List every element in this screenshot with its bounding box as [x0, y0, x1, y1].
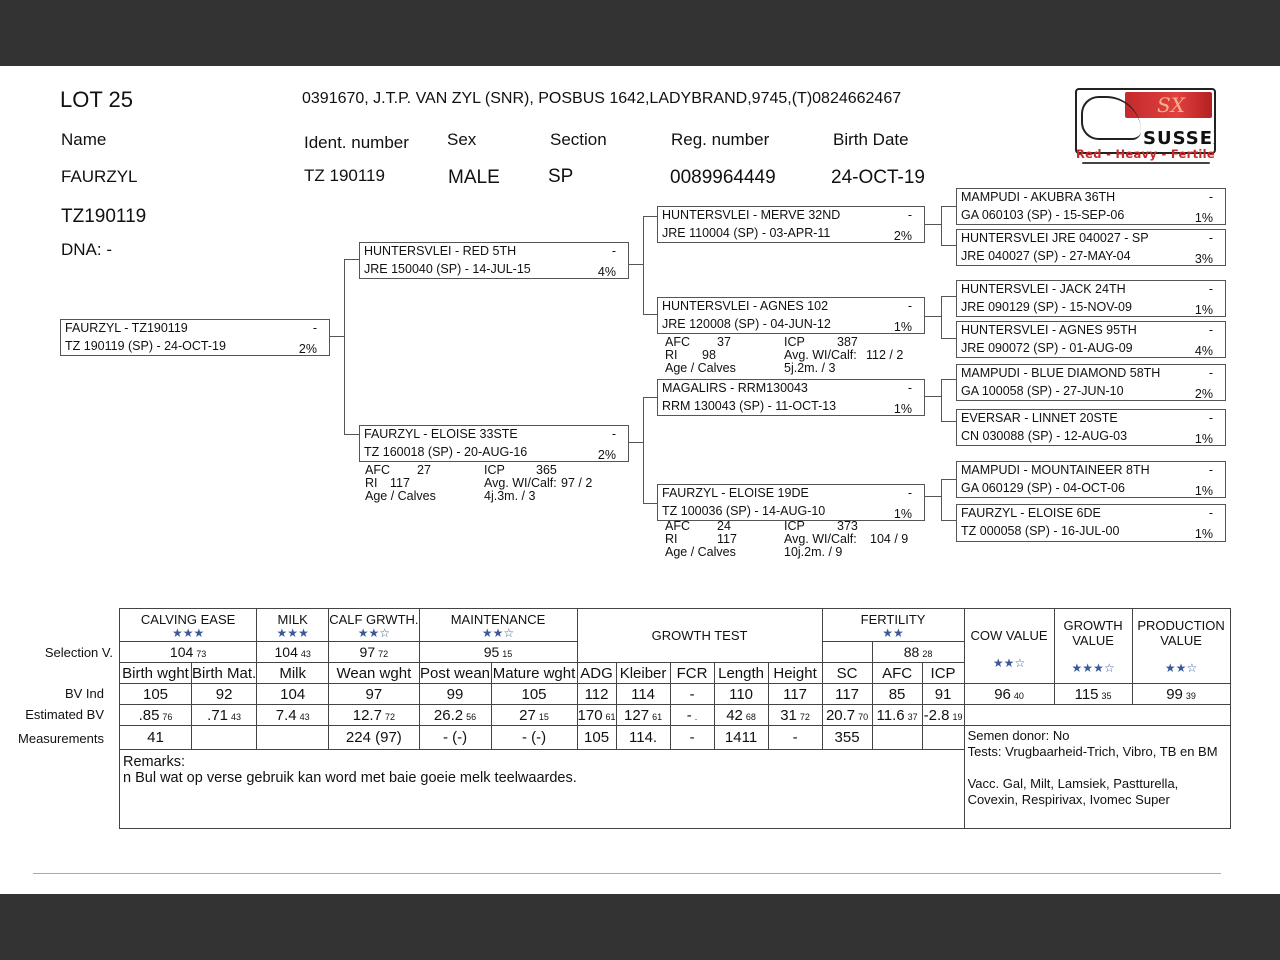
- measurement-cell: 105: [577, 726, 616, 750]
- dsd-pct: 1%: [1195, 432, 1213, 446]
- ebv-cell: 12.772: [329, 705, 419, 726]
- ebv-cell: 3172: [768, 705, 822, 726]
- row-label-bv-ind: BV Ind: [4, 686, 104, 701]
- row-label-measurements: Measurements: [4, 731, 104, 746]
- growth-value: GROWTHVALUE★★★☆: [1054, 609, 1132, 684]
- semen-donor: Semen donor: No: [968, 728, 1227, 744]
- connector: [941, 520, 956, 521]
- connector: [941, 379, 956, 380]
- col-header: Birth Mat.: [192, 663, 257, 684]
- animal-name: FAURZYL - TZ190119: [65, 321, 188, 335]
- label-section: Section: [550, 130, 607, 150]
- bv-ind-cell: 110: [714, 684, 768, 705]
- value-section: SP: [548, 166, 573, 188]
- breeding-values-table: CALVING EASE★★★ MILK★★★ CALF GRWTH.★★☆ M…: [119, 608, 1231, 829]
- col-header: Wean wght: [329, 663, 419, 684]
- ss-pct: 2%: [894, 229, 912, 243]
- group-calf-growth: CALF GRWTH.★★☆: [329, 609, 419, 642]
- measurement-cell: 1411: [714, 726, 768, 750]
- measurement-cell: [922, 726, 964, 750]
- pedigree-dam: FAURZYL - ELOISE 33STE- TZ 160018 (SP) -…: [359, 425, 629, 462]
- connector: [941, 379, 942, 421]
- measurement-cell: 224 (97): [329, 726, 419, 750]
- animal-flag: -: [313, 321, 317, 335]
- label-reg: Reg. number: [671, 130, 769, 150]
- measurement-cell: [192, 726, 257, 750]
- measurement-cell: -: [670, 726, 714, 750]
- col-header: Height: [768, 663, 822, 684]
- rating-stars-icon: ★★★: [120, 627, 256, 639]
- production-value-bv: 9939: [1132, 684, 1230, 705]
- stat-value: 97 / 2: [561, 477, 592, 490]
- logo-tagline: Red - Heavy - Fertile: [1076, 147, 1215, 161]
- connector: [941, 479, 956, 480]
- rating-stars-icon: ★★★☆: [1055, 662, 1132, 674]
- ebv-cell: .8576: [120, 705, 192, 726]
- pedigree-animal: FAURZYL - TZ190119- TZ 190119 (SP) - 24-…: [60, 319, 330, 356]
- sd-pct: 1%: [894, 320, 912, 334]
- dds-reg: GA 060129 (SP) - 04-OCT-06: [961, 481, 1125, 495]
- pedigree-sire: HUNTERSVLEI - RED 5TH- JRE 150040 (SP) -…: [359, 242, 629, 279]
- measurement-cell: [257, 726, 329, 750]
- bv-ind-cell: 112: [577, 684, 616, 705]
- col-header: ADG: [577, 663, 616, 684]
- ssd-flag: -: [1209, 231, 1213, 245]
- pedigree-dam-dam: FAURZYL - ELOISE 19DE- TZ 100036 (SP) - …: [657, 484, 925, 521]
- connector: [941, 245, 956, 246]
- sv-calving: 10473: [120, 642, 257, 663]
- bv-ind-cell: 104: [257, 684, 329, 705]
- bv-ind-cell: 105: [491, 684, 577, 705]
- measurement-cell: 114.: [616, 726, 670, 750]
- connector: [941, 479, 942, 520]
- ddd-reg: TZ 000058 (SP) - 16-JUL-00: [961, 524, 1119, 538]
- logo-brand: SUSSEX: [1143, 128, 1216, 149]
- connector: [925, 396, 942, 397]
- ebv-cell: 11.637: [872, 705, 922, 726]
- ssd-name: HUNTERSVLEI JRE 040027 - SP: [961, 231, 1149, 245]
- sss-reg: GA 060103 (SP) - 15-SEP-06: [961, 208, 1124, 222]
- sdd-flag: -: [1209, 323, 1213, 337]
- connector: [941, 296, 942, 338]
- pedigree-sdd: HUNTERSVLEI - AGNES 95TH- JRE 090072 (SP…: [956, 321, 1226, 358]
- ddd-name: FAURZYL - ELOISE 6DE: [961, 506, 1101, 520]
- group-maintenance: MAINTENANCE★★☆: [419, 609, 577, 642]
- col-header: AFC: [872, 663, 922, 684]
- dds-name: MAMPUDI - MOUNTAINEER 8TH: [961, 463, 1150, 477]
- sds-reg: JRE 090129 (SP) - 15-NOV-09: [961, 300, 1132, 314]
- bv-ind-cell: 99: [419, 684, 491, 705]
- col-header: Kleiber: [616, 663, 670, 684]
- stat-value: 27: [417, 464, 431, 477]
- ebv-blank: [964, 705, 1230, 726]
- connector: [941, 421, 956, 422]
- connector: [329, 336, 345, 337]
- ddd-pct: 1%: [1195, 527, 1213, 541]
- animal-notes: Semen donor: No Tests: Vrugbaarheid-Tric…: [964, 726, 1230, 829]
- rating-stars-icon: ★★☆: [329, 627, 418, 639]
- bv-ind-cell: -: [670, 684, 714, 705]
- sds-pct: 1%: [1195, 303, 1213, 317]
- group-growth-test: GROWTH TEST: [577, 609, 822, 663]
- sire-flag: -: [612, 244, 616, 258]
- pedigree-sire-dam: HUNTERSVLEI - AGNES 102- JRE 120008 (SP)…: [657, 297, 925, 334]
- catalog-page: LOT 25 0391670, J.T.P. VAN ZYL (SNR), PO…: [0, 66, 1280, 894]
- pedigree-sss: MAMPUDI - AKUBRA 36TH- GA 060103 (SP) - …: [956, 188, 1226, 225]
- tag-number: TZ190119: [61, 206, 146, 228]
- col-header: Milk: [257, 663, 329, 684]
- dss-flag: -: [1209, 366, 1213, 380]
- col-header: ICP: [922, 663, 964, 684]
- ebv-cell: 2715: [491, 705, 577, 726]
- dsd-name: EVERSAR - LINNET 20STE: [961, 411, 1118, 425]
- col-header: SC: [822, 663, 872, 684]
- stat-label: Age / Calves: [365, 490, 436, 503]
- stat-value: 112 / 2: [866, 349, 903, 362]
- sire-pct: 4%: [598, 265, 616, 279]
- ds-flag: -: [908, 381, 912, 395]
- dam-flag: -: [612, 427, 616, 441]
- stat-value: 5j.2m. / 3: [784, 362, 835, 375]
- col-header: Birth wght: [120, 663, 192, 684]
- group-milk: MILK★★★: [257, 609, 329, 642]
- sss-pct: 1%: [1195, 211, 1213, 225]
- measurement-cell: [872, 726, 922, 750]
- ebv-cell: 17061: [577, 705, 616, 726]
- remarks-label: Remarks:: [123, 754, 961, 770]
- connector: [941, 338, 956, 339]
- animal-pct: 2%: [299, 342, 317, 356]
- label-birth: Birth Date: [833, 130, 909, 150]
- rating-stars-icon: ★★☆: [1133, 662, 1230, 674]
- dds-flag: -: [1209, 463, 1213, 477]
- label-sex: Sex: [447, 130, 476, 150]
- sv-calf: 9772: [329, 642, 419, 663]
- connector: [643, 503, 658, 504]
- connector: [344, 434, 360, 435]
- dd-flag: -: [908, 486, 912, 500]
- ds-reg: RRM 130043 (SP) - 11-OCT-13: [662, 399, 836, 413]
- page-divider: [33, 873, 1221, 874]
- connector: [941, 206, 942, 245]
- pedigree-sire-sire: HUNTERSVLEI - MERVE 32ND- JRE 110004 (SP…: [657, 206, 925, 243]
- label-name: Name: [61, 130, 106, 150]
- connector: [643, 216, 644, 314]
- rating-stars-icon: ★★☆: [965, 657, 1054, 669]
- stat-value: 10j.2m. / 9: [784, 546, 842, 559]
- production-value: PRODUCTIONVALUE★★☆: [1132, 609, 1230, 684]
- cow-value: COW VALUE★★☆: [964, 609, 1054, 684]
- rating-stars-icon: ★★: [823, 627, 964, 639]
- stat-value: 4j.3m. / 3: [484, 490, 535, 503]
- ebv-cell: -.: [670, 705, 714, 726]
- col-header: FCR: [670, 663, 714, 684]
- pedigree-dss: MAMPUDI - BLUE DIAMOND 58TH- GA 100058 (…: [956, 364, 1226, 401]
- pedigree-dam-sire: MAGALIRS - RRM130043- RRM 130043 (SP) - …: [657, 379, 925, 416]
- sds-flag: -: [1209, 282, 1213, 296]
- ebv-cell: 7.443: [257, 705, 329, 726]
- animal-reg: TZ 190119 (SP) - 24-OCT-19: [65, 339, 226, 353]
- pedigree-ssd: HUNTERSVLEI JRE 040027 - SP- JRE 040027 …: [956, 229, 1226, 266]
- vaccinations-1: Vacc. Gal, Milt, Lamsiek, Pastturella,: [968, 776, 1227, 792]
- connector: [344, 259, 360, 260]
- ebv-cell: .7143: [192, 705, 257, 726]
- col-header: Mature wght: [491, 663, 577, 684]
- connector: [925, 316, 942, 317]
- dam-pct: 2%: [598, 448, 616, 462]
- ebv-cell: 20.770: [822, 705, 872, 726]
- measurement-cell: - (-): [419, 726, 491, 750]
- logo-mark: SX: [1157, 93, 1185, 117]
- rating-stars-icon: ★★☆: [420, 627, 577, 639]
- sv-milk: 10443: [257, 642, 329, 663]
- value-ident: TZ 190119: [304, 166, 385, 186]
- bv-ind-cell: 117: [768, 684, 822, 705]
- dsd-flag: -: [1209, 411, 1213, 425]
- growth-value-bv: 11535: [1054, 684, 1132, 705]
- measurement-cell: -: [768, 726, 822, 750]
- logo-underline: [1082, 162, 1210, 164]
- ebv-cell: 4268: [714, 705, 768, 726]
- bv-ind-cell: 85: [872, 684, 922, 705]
- measurement-cell: - (-): [491, 726, 577, 750]
- ebv-cell: 12761: [616, 705, 670, 726]
- bv-ind-cell: 92: [192, 684, 257, 705]
- sd-flag: -: [908, 299, 912, 313]
- connector: [925, 224, 942, 225]
- ds-name: MAGALIRS - RRM130043: [662, 381, 808, 395]
- sss-flag: -: [1209, 190, 1213, 204]
- dsd-reg: CN 030088 (SP) - 12-AUG-03: [961, 429, 1127, 443]
- ssd-reg: JRE 040027 (SP) - 27-MAY-04: [961, 249, 1131, 263]
- col-header: Length: [714, 663, 768, 684]
- group-calving-ease: CALVING EASE★★★: [120, 609, 257, 642]
- sussex-logo: SX SUSSEX: [1075, 88, 1216, 154]
- ebv-cell: 26.256: [419, 705, 491, 726]
- ss-flag: -: [908, 208, 912, 222]
- dam-name: FAURZYL - ELOISE 33STE: [364, 427, 518, 441]
- dss-name: MAMPUDI - BLUE DIAMOND 58TH: [961, 366, 1160, 380]
- connector: [941, 206, 956, 207]
- bv-ind-cell: 117: [822, 684, 872, 705]
- sd-name: HUNTERSVLEI - AGNES 102: [662, 299, 828, 313]
- stat-label: Age / Calves: [665, 362, 736, 375]
- dss-pct: 2%: [1195, 387, 1213, 401]
- group-fertility: FERTILITY★★: [822, 609, 964, 642]
- cow-value-bv: 9640: [964, 684, 1054, 705]
- bv-ind-cell: 91: [922, 684, 964, 705]
- connector: [941, 296, 956, 297]
- pedigree-ddd: FAURZYL - ELOISE 6DE- TZ 000058 (SP) - 1…: [956, 504, 1226, 542]
- sdd-reg: JRE 090072 (SP) - 01-AUG-09: [961, 341, 1133, 355]
- dss-reg: GA 100058 (SP) - 27-JUN-10: [961, 384, 1124, 398]
- measurement-cell: 355: [822, 726, 872, 750]
- stat-value: 104 / 9: [870, 533, 908, 546]
- row-label-selection: Selection V.: [13, 645, 113, 660]
- ss-reg: JRE 110004 (SP) - 03-APR-11: [662, 226, 830, 240]
- col-header: Post wean: [419, 663, 491, 684]
- dd-name: FAURZYL - ELOISE 19DE: [662, 486, 809, 500]
- ddd-flag: -: [1209, 506, 1213, 520]
- sss-name: MAMPUDI - AKUBRA 36TH: [961, 190, 1115, 204]
- remarks: Remarks: n Bul wat op verse gebruik kan …: [120, 750, 965, 829]
- ss-name: HUNTERSVLEI - MERVE 32ND: [662, 208, 840, 222]
- bv-ind-cell: 114: [616, 684, 670, 705]
- sv-fert-blank: [822, 642, 872, 663]
- dds-pct: 1%: [1195, 484, 1213, 498]
- sire-reg: JRE 150040 (SP) - 14-JUL-15: [364, 262, 531, 276]
- connector: [629, 442, 644, 443]
- sds-name: HUNTERSVLEI - JACK 24TH: [961, 282, 1126, 296]
- connector: [629, 264, 644, 265]
- dd-pct: 1%: [894, 507, 912, 521]
- ebv-cell: -2.819: [922, 705, 964, 726]
- connector: [643, 397, 644, 503]
- value-sex: MALE: [448, 167, 500, 189]
- dd-reg: TZ 100036 (SP) - 14-AUG-10: [662, 504, 825, 518]
- ssd-pct: 3%: [1195, 252, 1213, 266]
- ds-pct: 1%: [894, 402, 912, 416]
- sd-reg: JRE 120008 (SP) - 04-JUN-12: [662, 317, 831, 331]
- sire-name: HUNTERSVLEI - RED 5TH: [364, 244, 516, 258]
- pedigree-sds: HUNTERSVLEI - JACK 24TH- JRE 090129 (SP)…: [956, 280, 1226, 317]
- stat-label: Age / Calves: [665, 546, 736, 559]
- value-reg: 0089964449: [670, 167, 776, 189]
- bv-ind-cell: 105: [120, 684, 192, 705]
- label-ident: Ident. number: [304, 133, 409, 153]
- connector: [344, 259, 345, 434]
- pedigree-dsd: EVERSAR - LINNET 20STE- CN 030088 (SP) -…: [956, 409, 1226, 446]
- connector: [643, 314, 658, 315]
- connector: [643, 397, 658, 398]
- connector: [925, 496, 942, 497]
- row-label-est-bv: Estimated BV: [4, 707, 104, 722]
- vaccinations-2: Covexin, Respirivax, Ivomec Super: [968, 792, 1227, 808]
- value-birth: 24-OCT-19: [831, 167, 925, 189]
- rating-stars-icon: ★★★: [257, 627, 328, 639]
- sdd-name: HUNTERSVLEI - AGNES 95TH: [961, 323, 1137, 337]
- dna-status: DNA: -: [61, 240, 112, 260]
- bv-ind-cell: 97: [329, 684, 419, 705]
- measurement-cell: 41: [120, 726, 192, 750]
- sv-maint: 9515: [419, 642, 577, 663]
- sdd-pct: 4%: [1195, 344, 1213, 358]
- dam-reg: TZ 160018 (SP) - 20-AUG-16: [364, 445, 527, 459]
- tests: Tests: Vrugbaarheid-Trich, Vibro, TB en …: [968, 744, 1227, 760]
- connector: [643, 216, 658, 217]
- pedigree-dds: MAMPUDI - MOUNTAINEER 8TH- GA 060129 (SP…: [956, 461, 1226, 498]
- lot-number: LOT 25: [60, 87, 133, 113]
- sv-fert: 8828: [872, 642, 964, 663]
- stat-value: 37: [717, 336, 731, 349]
- owner-info: 0391670, J.T.P. VAN ZYL (SNR), POSBUS 16…: [302, 90, 901, 108]
- remarks-text: n Bul wat op verse gebruik kan word met …: [123, 770, 961, 786]
- value-name: FAURZYL: [61, 167, 138, 187]
